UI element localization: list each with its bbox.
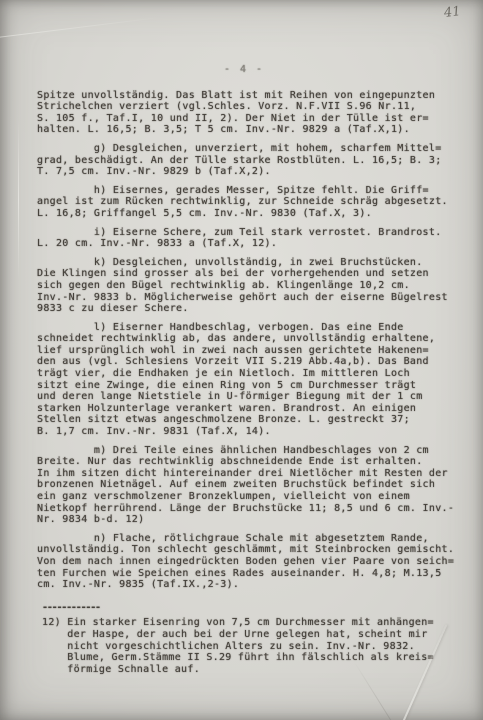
paragraph-item-n: n) Flache, rötlichgraue Schale mit abges… (37, 533, 451, 591)
text-line: k) Desgleichen, unvollständig, in zwei B… (37, 257, 451, 269)
handwritten-page-number: 41 (444, 4, 462, 21)
paragraph-item-k: k) Desgleichen, unvollständig, in zwei B… (37, 257, 451, 315)
text-line: m) Drei Teile eines ähnlichen Handbeschl… (37, 445, 451, 457)
paragraph-item-h: h) Eisernes, gerades Messer, Spitze fehl… (37, 185, 451, 220)
text-line: l) Eiserner Handbeschlag, verbogen. Das … (37, 322, 451, 334)
text-line: In ihm sitzen dicht hintereinander drei … (37, 468, 451, 480)
text-line: Blume, Germ.Stämme II S.29 führt ihn fäl… (42, 652, 451, 664)
text-line: bronzenen Nietnägel. Auf einem zweiten B… (37, 479, 451, 491)
text-line: den aus (vgl. Schlesiens Vorzeit VII S.2… (37, 356, 451, 368)
text-line: trägt vier, die Endhaken je ein Nietloch… (37, 368, 451, 380)
text-line: L. 16,8; Griffangel 5,5 cm. Inv.-Nr. 983… (37, 208, 451, 220)
text-line: Breite. Nur das rechtwinklig abschneiden… (37, 456, 451, 468)
text-line: h) Eisernes, gerades Messer, Spitze fehl… (37, 185, 451, 197)
text-line: und deren lange Nietstiele in U-förmiger… (37, 391, 451, 403)
text-line: i) Eiserne Schere, zum Teil stark verros… (37, 227, 451, 239)
page-number: - 4 - (37, 64, 451, 76)
text-line: Inv.-Nr. 9833 b. Möglicherweise gehört a… (37, 292, 451, 304)
text-line: Von dem nach innen eingedrückten Boden g… (37, 556, 451, 568)
text-line: der Haspe, der auch bei der Urne gelegen… (42, 629, 451, 641)
text-line: cm. Inv.-Nr. 9835 (Taf.IX.,2-3). (37, 579, 451, 591)
paragraph-item-m: m) Drei Teile eines ähnlichen Handbeschl… (37, 445, 451, 526)
text-line: grad, beschädigt. An der Tülle starke Ro… (37, 155, 451, 167)
text-line: Stellen sitzt etwas angeschmolzene Bronz… (37, 414, 451, 426)
footnote: 12) Ein starker Eisenring von 7,5 cm Dur… (37, 617, 451, 675)
text-line: angel ist zum Rücken rechtwinklig, zur S… (37, 196, 451, 208)
text-line: Die Klingen sind grosser als bei der vor… (37, 268, 451, 280)
text-line: halten. L. 16,5; B. 3,5; T 5 cm. Inv.-Nr… (37, 124, 451, 136)
text-line: nicht vorgeschichtlichen Alters zu sein.… (42, 641, 451, 653)
paragraph-intro: Spitze unvollständig. Das Blatt ist mit … (37, 90, 451, 136)
paragraph-item-g: g) Desgleichen, unverziert, mit hohem, s… (37, 143, 451, 178)
text-line: L. 20 cm. Inv.-Nr. 9833 a (Taf.X, 12). (37, 238, 451, 250)
text-line: Nietkopf herrührend. Länge der Bruchstüc… (37, 503, 451, 515)
paper-crease (0, 17, 159, 40)
text-line: 9833 c zu dieser Schere. (37, 303, 451, 315)
text-line: ten Furchen wie Speichen eines Rades aus… (37, 568, 451, 580)
document-body: Spitze unvollständig. Das Blatt ist mit … (37, 90, 451, 591)
text-line: B. 1,7 cm. Inv.-Nr. 9831 (Taf.X, 14). (37, 426, 451, 438)
scanned-page: 41 - 4 - Spitze unvollständig. Das Blatt… (0, 0, 483, 720)
typewritten-content: - 4 - Spitze unvollständig. Das Blatt is… (37, 64, 451, 675)
text-line: S. 105 f., Taf.I, 10 und II, 2). Der Nie… (37, 113, 451, 125)
paragraph-item-l: l) Eiserner Handbeschlag, verbogen. Das … (37, 322, 451, 438)
text-line: unvollständig. Ton schlecht geschlämmt, … (37, 544, 451, 556)
text-line: T. 7,5 cm. Inv.-Nr. 9829 b (Taf.X,2). (37, 166, 451, 178)
text-line: Spitze unvollständig. Das Blatt ist mit … (37, 90, 451, 102)
text-line: 12) Ein starker Eisenring von 7,5 cm Dur… (42, 617, 451, 629)
footnote-separator: ------------ (42, 602, 451, 614)
paragraph-item-i: i) Eiserne Schere, zum Teil stark verros… (37, 227, 451, 250)
text-line: n) Flache, rötlichgraue Schale mit abges… (37, 533, 451, 545)
text-line: lief ursprünglich wohl in zwei nach auss… (37, 345, 451, 357)
text-line: sich gegen den Bügel rechtwinklig ab. Kl… (37, 280, 451, 292)
text-line: starken Holzunterlage verankert waren. B… (37, 403, 451, 415)
text-line: ein ganz verschmolzener Bronzeklumpen, v… (37, 491, 451, 503)
text-line: förmige Schnalle auf. (42, 664, 451, 676)
text-line: g) Desgleichen, unverziert, mit hohem, s… (37, 143, 451, 155)
text-line: Nr. 9834 b-d. 12) (37, 514, 451, 526)
text-line: Strichelchen verziert (vgl.Schles. Vorz.… (37, 101, 451, 113)
paper-crease (18, 120, 19, 280)
text-line: schneidet rechtwinklig ab, das andere, u… (37, 333, 451, 345)
text-line: sitzt eine Zwinge, die einen Ring von 5 … (37, 380, 451, 392)
